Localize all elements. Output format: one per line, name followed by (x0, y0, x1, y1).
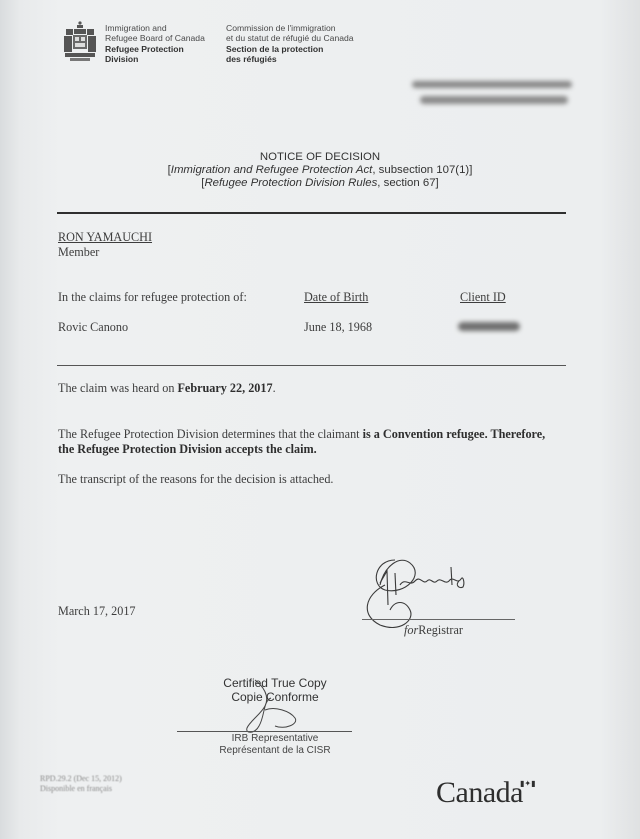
claims-intro: In the claims for refugee protection of: (58, 290, 247, 305)
rules-name: Refugee Protection Division Rules (204, 177, 377, 189)
column-header-client-id: Client ID (460, 290, 506, 305)
determination-acceptance: the Refugee Protection Division accepts … (58, 442, 317, 456)
column-header-dob: Date of Birth (304, 290, 368, 305)
registrar-label: forRegistrar (404, 623, 463, 638)
transcript-note: The transcript of the reasons for the de… (58, 472, 333, 487)
notice-heading: NOTICE OF DECISION (100, 151, 540, 164)
org-line-2-fr: et du statut de réfugié du Canada (226, 34, 354, 44)
irb-representative-block: IRB Representative Représentant de la CI… (175, 733, 375, 757)
decision-date: March 17, 2017 (58, 604, 136, 619)
canada-flag-icon: ▮✦▮ (520, 780, 536, 788)
org-line-2: Refugee Board of Canada (105, 34, 205, 44)
header-french: Commission de l'immigration et du statut… (226, 24, 354, 64)
french-availability: Disponible en français (40, 784, 122, 794)
claimant-name: Rovic Canono (58, 320, 128, 335)
claims-divider (57, 365, 566, 366)
canada-wordmark-text: Canada (436, 776, 523, 809)
claimant-client-id-redacted (458, 322, 520, 331)
for-label: for (404, 623, 418, 637)
act-citation: [Immigration and Refugee Protection Act,… (100, 164, 540, 177)
header-english: Immigration and Refugee Board of Canada … (105, 24, 205, 64)
form-number: RPD.29.2 (Dec 15, 2012) (40, 774, 122, 784)
canada-wordmark: Canada ▮✦▮ (436, 776, 523, 810)
division-line-2-fr: des réfugiés (226, 55, 354, 65)
division-line-2: Division (105, 55, 205, 65)
member-role: Member (58, 245, 99, 260)
determination-outcome: is a Convention refugee. Therefore, (363, 427, 546, 441)
redacted-address-line-1 (412, 81, 572, 88)
hearing-date: February 22, 2017 (177, 381, 272, 395)
irb-representative-en: IRB Representative (175, 733, 375, 745)
claimant-dob: June 18, 1968 (304, 320, 372, 335)
certification-line (177, 731, 352, 732)
signature-line (362, 619, 515, 620)
coat-of-arms-icon (61, 20, 99, 62)
certification-signature (235, 676, 335, 736)
notice-title: NOTICE OF DECISION [Immigration and Refu… (100, 151, 540, 191)
member-name: RON YAMAUCHI (58, 230, 152, 245)
hearing-date-sentence: The claim was heard on February 22, 2017… (58, 381, 276, 396)
title-divider (57, 212, 566, 214)
irb-representative-fr: Représentant de la CISR (175, 745, 375, 757)
form-code: RPD.29.2 (Dec 15, 2012) Disponible en fr… (40, 774, 122, 794)
rules-citation: [Refugee Protection Division Rules, sect… (100, 177, 540, 190)
act-name: Immigration and Refugee Protection Act (171, 164, 373, 176)
determination-paragraph: The Refugee Protection Division determin… (58, 427, 578, 457)
redacted-address-line-2 (420, 96, 568, 104)
